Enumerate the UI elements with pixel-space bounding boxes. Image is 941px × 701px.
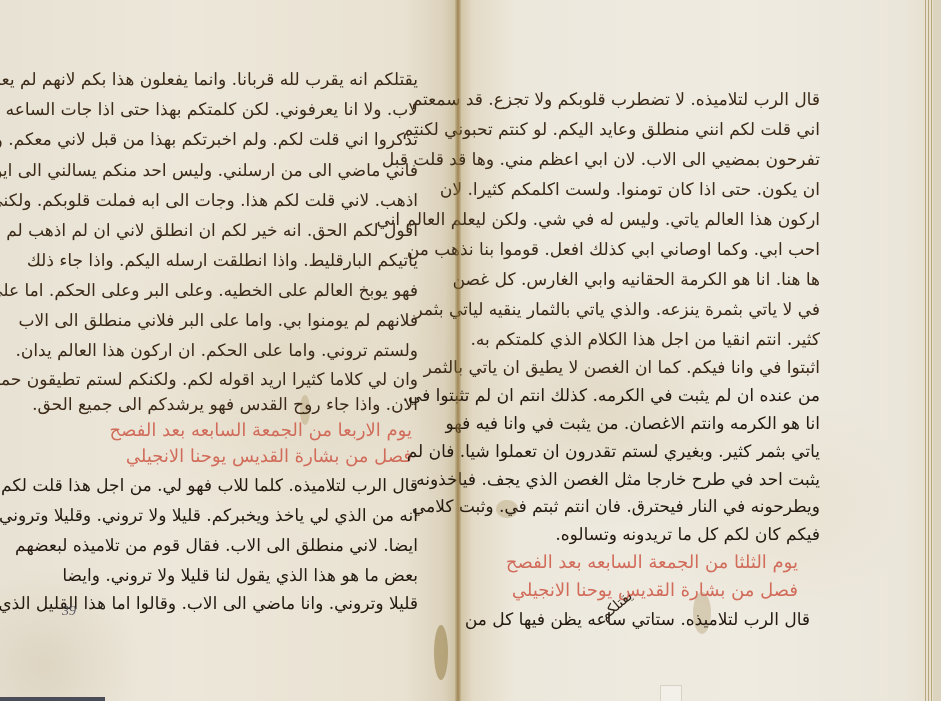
text-line: ويطرحونه في النار فيحترق. فان انتم ثبتم … xyxy=(412,497,820,517)
page-edges xyxy=(923,0,933,701)
text-line: فاني ماضي الى من ارسلني. وليس احد منكم ي… xyxy=(0,161,418,181)
text-line: تذكروا اني قلت لكم. ولم اخبرتكم بهذا من … xyxy=(0,130,418,150)
manuscript-spread: يقتلكم انه يقرب لله قربانا. وانما يفعلون… xyxy=(0,0,941,701)
text-line: فلانهم لم يومنوا بي. واما على البر فلاني… xyxy=(19,311,418,331)
text-line: كثير. انتم انقيا من اجل هذا الكلام الذي … xyxy=(470,330,820,350)
text-line: انه من الذي لي ياخذ ويخبركم. قليلا ولا ت… xyxy=(0,506,418,526)
text-line: اقول لكم الحق. انه خير لكم ان انطلق لاني… xyxy=(6,221,418,241)
rubric-heading: يوم الاربعا من الجمعة السابعه بعد الفصح xyxy=(110,420,412,441)
text-line: ياتيكم البارقليط. واذا انطلقت ارسله اليك… xyxy=(27,251,418,271)
text-line: ولستم تروني. واما على الحكم. ان اركون هذ… xyxy=(15,341,418,361)
text-line: اني قلت لكم انني منطلق وعايد اليكم. لو ك… xyxy=(403,120,820,140)
text-line: قال الرب لتلاميذه. ستاتي ساعه يظن فيها ك… xyxy=(465,610,810,630)
text-line: انا هو الكرمه وانتم الاغصان. من يثبت في … xyxy=(445,414,820,434)
right-page: قال الرب لتلاميذه. لا تضطرب قلوبكم ولا ت… xyxy=(458,0,941,701)
text-line: في لا ياتي بثمرة ينزعه. والذي ياتي بالثم… xyxy=(415,300,820,320)
gutter-stain xyxy=(434,625,448,680)
text-line: ايضا. لاني منطلق الى الاب. فقال قوم من ت… xyxy=(15,536,418,556)
rubric-heading: يوم الثلثا من الجمعة السابعه بعد الفصح xyxy=(506,552,798,573)
gutter-fold xyxy=(455,0,461,701)
text-line: قال الرب لتلاميذه. كلما للاب فهو لي. من … xyxy=(1,476,418,496)
rubric-heading: فصل من بشارة القديس يوحنا الانجيلي xyxy=(126,446,412,467)
text-line: من عنده ان لم يثبت في الكرمه. كذلك انتم … xyxy=(403,386,820,406)
folio-number: 39 xyxy=(62,604,76,620)
text-line: يقتلكم انه يقرب لله قربانا. وانما يفعلون… xyxy=(0,70,418,90)
text-line: قال الرب لتلاميذه. لا تضطرب قلوبكم ولا ت… xyxy=(412,90,820,110)
binding-edge xyxy=(933,0,941,701)
text-line: وان لي كلاما كثيرا اريد اقوله لكم. ولكنك… xyxy=(0,370,418,390)
text-line: يثبت احد في طرح خارجا مثل الغصن الذي يجف… xyxy=(416,470,820,490)
left-page: يقتلكم انه يقرب لله قربانا. وانما يفعلون… xyxy=(0,0,458,701)
text-line: ياتي بثمر كثير. وبغيري لستم تقدرون ان تع… xyxy=(407,442,820,462)
text-line: ان يكون. حتى اذا كان تومنوا. ولست اكلمكم… xyxy=(440,180,820,200)
text-line: لاب. ولا انا يعرفوني. لكن كلمتكم بهذا حت… xyxy=(6,100,418,120)
rubric-heading: فصل من بشارة القديس يوحنا الانجيلي xyxy=(512,580,798,601)
right-text-block: قال الرب لتلاميذه. لا تضطرب قلوبكم ولا ت… xyxy=(498,90,820,590)
text-line: احب ابي. وكما اوصاني ابي كذلك افعل. قومو… xyxy=(407,240,820,260)
left-text-block: يقتلكم انه يقرب لله قربانا. وانما يفعلون… xyxy=(118,70,418,590)
text-line: تفرحون بمضيي الى الاب. لان ابي اعظم مني.… xyxy=(382,150,820,170)
text-line: اثبتوا في وانا فيكم. كما ان الغصن لا يطي… xyxy=(424,358,820,378)
text-line: بعض ما هو هذا الذي يقول لنا قليلا ولا تر… xyxy=(62,566,418,586)
background-strip xyxy=(0,697,105,701)
text-line: اركون هذا العالم ياتي. وليس له في شي. ول… xyxy=(376,210,820,230)
text-line: الان. واذا جاء روح القدس فهو يرشدكم الى … xyxy=(32,395,418,415)
text-line: ها هنا. انا هو الكرمة الحقانيه وابي الغا… xyxy=(453,270,820,290)
paper-tab xyxy=(660,685,682,701)
text-line: فيكم كان لكم كل ما تريدونه وتسالوه. xyxy=(555,525,820,545)
text-line: فهو يوبخ العالم على الخطيه. وعلى البر وع… xyxy=(0,281,418,301)
text-line: اذهب. لاني قلت لكم هذا. وجات الى ابه فمل… xyxy=(0,191,418,211)
